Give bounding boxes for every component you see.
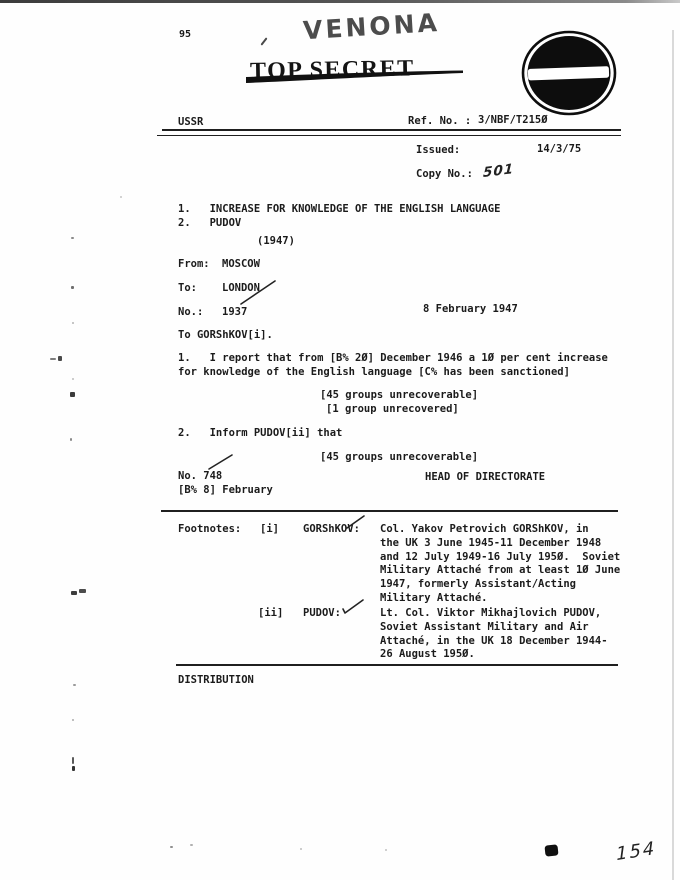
scan-right-edge — [672, 30, 674, 880]
handwritten-check-icon — [344, 513, 368, 531]
scan-speck — [50, 358, 56, 360]
scan-speck — [72, 378, 74, 380]
distribution-label: DISTRIBUTION — [178, 674, 254, 688]
copy-no-value: 501 — [483, 161, 515, 181]
message-number: No. 748 — [178, 470, 222, 484]
scan-speck — [71, 237, 74, 239]
subject-year: (1947) — [257, 235, 295, 249]
stray-mark — [260, 37, 267, 45]
footnotes-rule — [161, 510, 618, 512]
handwritten-page-number: 154 — [616, 838, 657, 865]
ref-no-label: Ref. No. : — [408, 115, 471, 129]
subject-line-1: 1. INCREASE FOR KNOWLEDGE OF THE ENGLISH… — [178, 203, 500, 217]
footnotes-label: Footnotes: — [178, 523, 241, 537]
no-value: 1937 — [222, 306, 247, 320]
header-rule-bottom — [157, 135, 621, 137]
unrecovered-group: [1 group unrecovered] — [326, 403, 459, 417]
scan-speck — [70, 392, 75, 397]
scan-top-edge — [0, 0, 680, 3]
from-value: MOSCOW — [222, 258, 260, 272]
from-label: From: — [178, 258, 210, 272]
scan-speck — [120, 196, 122, 198]
scan-speck — [72, 766, 75, 771]
scan-speck — [72, 322, 74, 324]
scan-speck — [72, 757, 74, 764]
scan-speck — [70, 438, 72, 441]
footnote-name: PUDOV: — [303, 607, 341, 621]
scan-speck — [190, 844, 193, 846]
subject-line-2: 2. PUDOV — [178, 217, 241, 231]
page-number: 95 — [179, 28, 191, 42]
issued-label: Issued: — [416, 144, 460, 158]
header-rule-top — [162, 129, 621, 131]
signature-block: HEAD OF DIRECTORATE — [425, 471, 545, 485]
handwritten-check-icon — [238, 277, 280, 307]
scan-speck — [170, 846, 173, 848]
scan-speck — [58, 356, 62, 361]
unrecoverable-groups-1: [45 groups unrecoverable] — [320, 389, 478, 403]
footnote-marker: [i] — [260, 523, 279, 537]
footnote-marker: [ii] — [258, 607, 283, 621]
venona-stamp: VENONA — [302, 8, 444, 45]
distribution-rule — [176, 664, 618, 666]
ref-no-value: 3/NBF/T215Ø — [478, 114, 548, 128]
paragraph-1: 1. I report that from [B% 2Ø] December 1… — [178, 352, 608, 380]
strikethrough-mark — [242, 64, 472, 90]
handwritten-check-icon — [341, 597, 367, 616]
message-date: 8 February 1947 — [423, 303, 518, 317]
scan-speck — [71, 286, 74, 289]
scan-speck — [300, 848, 302, 850]
scan-speck — [79, 589, 86, 593]
country-label: USSR — [178, 116, 203, 130]
footnote-text: Col. Yakov Petrovich GORShKOV, in the UK… — [380, 523, 620, 606]
unrecoverable-groups-2: [45 groups unrecoverable] — [320, 451, 478, 465]
handwritten-check-icon — [206, 452, 236, 472]
scan-speck — [385, 849, 387, 851]
salutation: To GORShKOV[i]. — [178, 329, 273, 343]
issued-value: 14/3/75 — [537, 143, 581, 157]
scan-speck — [73, 684, 76, 686]
no-entry-stamp-icon — [516, 26, 622, 120]
scan-speck — [71, 591, 77, 595]
to-label: To: — [178, 282, 197, 296]
footnote-text: Lt. Col. Viktor Mikhajlovich PUDOV, Sovi… — [380, 607, 608, 662]
paragraph-2: 2. Inform PUDOV[ii] that — [178, 427, 342, 441]
copy-no-label: Copy No.: — [416, 168, 473, 182]
ink-blob — [544, 844, 558, 856]
no-label: No.: — [178, 306, 203, 320]
message-internal-date: [B% 8] February — [178, 484, 273, 498]
scan-speck — [72, 719, 74, 721]
